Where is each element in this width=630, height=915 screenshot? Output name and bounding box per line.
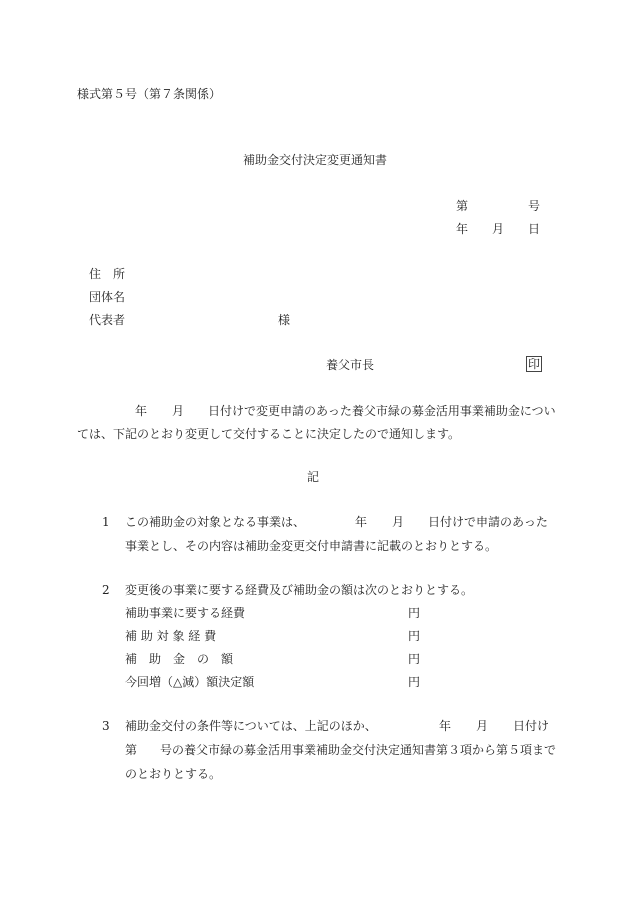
- change-amount-unit: 円: [408, 674, 420, 690]
- form-label: 様式第５号（第７条関係）: [77, 86, 221, 102]
- rep-label: 代表者: [89, 312, 125, 328]
- ref-go: 号: [528, 198, 540, 214]
- sama-label: 様: [278, 312, 290, 328]
- item3-line2: 号の養父市緑の募金活用事業補助金交付決定通知書第３項から第５項まで: [160, 742, 556, 758]
- address-label: 住 所: [89, 266, 125, 282]
- intro-line1: 日付けで変更申請のあった養父市緑の募金活用事業補助金につい: [208, 403, 556, 419]
- item2-number: 2: [102, 582, 110, 598]
- ref-dai: 第: [456, 198, 468, 214]
- item1-year: 年: [355, 514, 367, 530]
- item3-number: 3: [102, 718, 110, 734]
- subsidy-amount-label: 補 助 金 の 額: [125, 651, 233, 667]
- ki-heading: 記: [307, 469, 319, 485]
- sender-name: 養父市長: [326, 357, 374, 373]
- item3-line3: のとおりとする。: [125, 766, 221, 782]
- item1-text-b: 日付けで申請のあった: [428, 514, 548, 530]
- eligible-cost-unit: 円: [408, 628, 420, 644]
- item3-dai: 第: [125, 742, 137, 758]
- subsidy-amount-unit: 円: [408, 651, 420, 667]
- document-title: 補助金交付決定変更通知書: [243, 152, 387, 168]
- eligible-cost-label: 補 助 対 象 経 費: [125, 628, 216, 644]
- date-day: 日: [528, 221, 540, 237]
- seal-icon: 印: [526, 356, 542, 372]
- cost-unit: 円: [408, 605, 420, 621]
- item3-text-b: 日付け: [513, 718, 549, 734]
- change-amount-label: 今回増（△減）額決定額: [125, 674, 254, 690]
- seal-mark: 印: [526, 356, 542, 372]
- item1-text-a: この補助金の対象となる事業は、: [125, 514, 305, 530]
- item1-line2: 事業とし、その内容は補助金変更交付申請書に記載のとおりとする。: [125, 538, 497, 554]
- item3-year: 年: [439, 718, 451, 734]
- item3-month: 月: [476, 718, 488, 734]
- item1-month: 月: [392, 514, 404, 530]
- intro-month: 月: [172, 403, 184, 419]
- item1-number: 1: [102, 514, 110, 530]
- item2-heading: 変更後の事業に要する経費及び補助金の額は次のとおりとする。: [125, 582, 473, 598]
- cost-label: 補助事業に要する経費: [125, 605, 245, 621]
- org-label: 団体名: [89, 289, 125, 305]
- intro-year: 年: [135, 403, 147, 419]
- date-month: 月: [492, 221, 504, 237]
- date-year: 年: [456, 221, 468, 237]
- item3-text-a: 補助金交付の条件等については、上記のほか、: [125, 718, 377, 734]
- intro-line2: ては、下記のとおり変更して交付することに決定したので通知します。: [77, 426, 460, 442]
